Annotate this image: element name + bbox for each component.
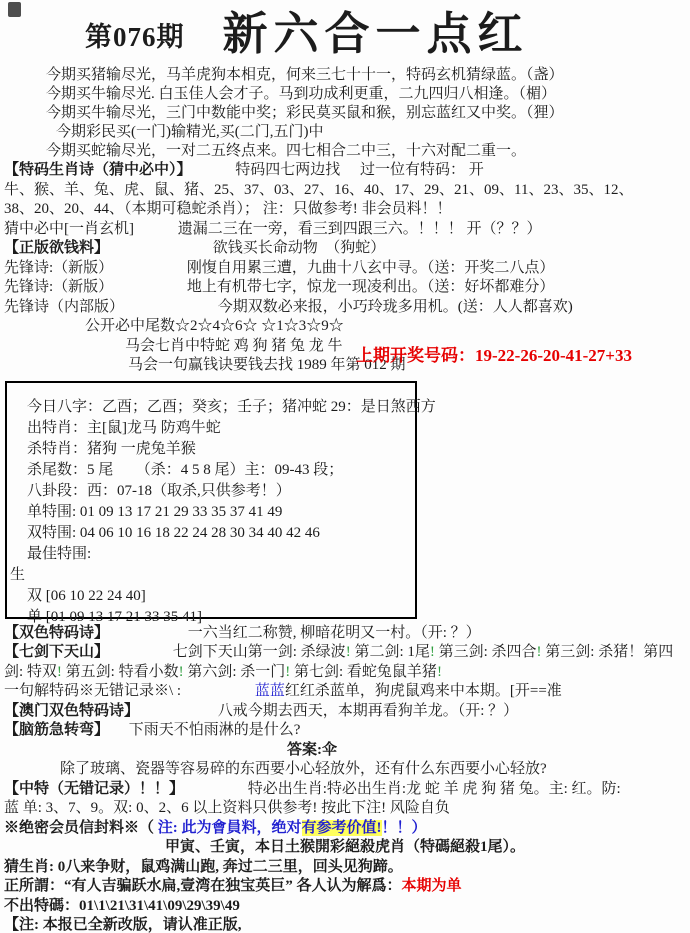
zhongte-text: 特必出生肖:特必出生肖:龙 蛇 羊 虎 狗 猪 兔。主: 红。防: xyxy=(248,781,621,797)
poem-line-4: 今期彩民买(一门)输精光,买(二门,五门)中 xyxy=(0,123,690,142)
buchutema-line: 不出特碼：01\1\21\31\41\09\29\39\49 xyxy=(0,897,690,917)
prediction-box: 今日八字：乙酉；乙酉；癸亥；壬子；猪冲蛇 29：是日煞西方 出特肖：主[鼠]龙马… xyxy=(5,381,417,619)
jiayin-line: 甲寅、壬寅，本日土猴開彩絕殺虎肖（特碼絕殺1尾）。 xyxy=(0,838,690,858)
zhengsuowei-line: 正所謂：“有人吉骗跃水扁,壹湾在独宝英巨” 各人认为解爲：本期为单 xyxy=(0,877,690,897)
box-sheng: 生 xyxy=(10,565,415,586)
zhongte-line: 【中特（无错记录）！！】 特必出生肖:特必出生肖:龙 蛇 羊 虎 狗 猪 兔。主… xyxy=(0,780,690,800)
shengxiao-shi-label: 【特码生肖诗（猜中必中）】 xyxy=(4,162,192,178)
yuqian-line: 【正版欲钱料】 欲钱买长命动物 （狗蛇） xyxy=(0,239,690,259)
zhongte-line-2: 蓝 单: 3、7、9。双: 0、2、6 以上资料只供参考! 按此下注! 风险自负 xyxy=(0,799,690,819)
xianfeng-3-label: 先锋诗（内部版） xyxy=(4,299,124,315)
box-chutexiao: 出特肖：主[鼠]龙马 防鸡牛蛇 xyxy=(27,418,415,439)
last-draw-label: 上期开奖号码： xyxy=(356,346,475,365)
qijian-line: 【七剑下天山】 七剑下天山第一剑: 杀绿波! 第二剑: 1尾! 第三剑: 杀四合… xyxy=(0,643,690,682)
header: 第076期 新六合一点红 xyxy=(0,6,690,62)
poem-line-1: 今期买猪输尽光，马羊虎狗本相克，何来三七十十一，特码玄机猜绿蓝。（盏） xyxy=(0,66,690,85)
shuangse-label: 【双色特码诗】 xyxy=(4,625,109,641)
aomen-text: 八戒今期去西天，本期再看狗羊龙。（开: ？） xyxy=(218,703,518,719)
last-draw-numbers: 19-22-26-20-41-27+33 xyxy=(475,346,632,365)
aomen-label: 【澳门双色特码诗】 xyxy=(4,703,139,719)
shuangse-text: 一六当红二称赞, 柳暗花明又一村。（开: ？） xyxy=(188,625,481,641)
numbers-line-1: 牛、猴、羊、兔、虎、鼠、猪、25、37、03、27、16、40、17、29、21… xyxy=(0,181,690,201)
xianfeng-2-label: 先锋诗:（新版） xyxy=(4,279,113,295)
poem-block: 今期买猪输尽光，马羊虎狗本相克，何来三七十十一，特码玄机猜绿蓝。（盏） 今期买牛… xyxy=(0,66,690,161)
xianfeng-1-label: 先锋诗:（新版） xyxy=(4,260,113,276)
box-bazi: 今日八字：乙酉；乙酉；癸亥；壬子；猪冲蛇 29：是日煞西方 xyxy=(27,397,415,418)
xianfeng-1-text: 刚愎自用累三遭，九曲十八玄中寻。（送：开奖二八点） xyxy=(187,260,555,276)
poem-line-2: 今期买牛输尽光. 白玉佳人会才子。马到功成利更重，二九四归八相逢。（楣） xyxy=(0,85,690,104)
yuqian-text: 欲钱买长命动物 （狗蛇） xyxy=(213,240,386,256)
weishu-line: 公开必中尾数☆2☆4☆6☆ ☆1☆3☆9☆ xyxy=(0,317,690,337)
riddle-answer: 答案:伞 xyxy=(0,741,690,761)
box-shuangtewei: 双特围: 04 06 10 16 18 22 24 28 30 34 40 42… xyxy=(27,523,415,544)
shuangse-line: 【双色特码诗】 一六当红二称赞, 柳暗花明又一村。（开: ？） xyxy=(0,624,690,644)
yixiao-text: 遗漏二三在一旁，看三到四跟三六。！！！ 开（？？） xyxy=(178,221,542,237)
caishengxiao-line: 猜生肖: 0八来争财，鼠鸡满山跑, 奔过二三里，回头见狗蹄。 xyxy=(0,858,690,878)
jiete-text: 蓝蓝红红杀蓝单，狗虎鼠鸡来中本期。[开==准 xyxy=(255,683,562,699)
jiete-label: 一句解特码※无错记录※\ : xyxy=(4,683,181,699)
yixiao-line: 猜中必中[一肖玄机] 遗漏二三在一旁，看三到四跟三六。！！！ 开（？？） xyxy=(0,220,690,240)
xianfeng-line-2: 先锋诗:（新版） 地上有机带七字，惊龙一现凌利出。（送：好坏都难分） xyxy=(0,278,690,298)
issue-number: 第076期 xyxy=(85,15,185,54)
box-baguaduan: 八卦段：西：07-18（取杀,只供参考！） xyxy=(27,481,415,502)
numbers-line-2: 38、20、20、44、（本期可稳蛇杀肖）； 注：只做参考! 非会员料！！ xyxy=(0,200,690,220)
aomen-line: 【澳门双色特码诗】 八戒今期去西天，本期再看狗羊龙。（开: ？） xyxy=(0,702,690,722)
yixiao-label: 猜中必中[一肖玄机] xyxy=(4,221,134,237)
box-zuijia: 最佳特围: xyxy=(27,544,415,565)
poem-line-3: 今期买牛输尽光，三门中数能中奖；彩民莫买鼠和猴，别忘蓝红又中奖。（狸） xyxy=(0,104,690,123)
poem-line-5: 今期买蛇输尽光，一对二五终点来。四七相合二中三，十六对配二重一。 xyxy=(0,142,690,161)
huiyuan-line: ※绝密会员信封料※（ 注: 此为會員料，绝对有参考价值!！！） xyxy=(0,819,690,839)
xianfeng-line-3: 先锋诗（内部版） 今期双数必来报，小巧玲珑多用机。(送：人人都喜欢) xyxy=(0,298,690,318)
shengxiao-shi-tail: 过一位有特码： 开 xyxy=(360,162,484,178)
box-shuang: 双 [06 10 22 24 40] xyxy=(27,586,415,607)
qijian-label: 【七剑下天山】 xyxy=(4,644,109,660)
xianfeng-line-1: 先锋诗:（新版） 刚愎自用累三遭，九曲十八玄中寻。（送：开奖二八点） xyxy=(0,259,690,279)
xianfeng-2-text: 地上有机带七字，惊龙一现凌利出。（送：好坏都难分） xyxy=(187,279,555,295)
zhu-line: 【注: 本报已全新改版，请认准正版, xyxy=(0,916,690,933)
riddle-question-2: 除了玻璃、瓷器等容易碎的东西要小心轻放外，还有什么东西要小心轻放? xyxy=(0,760,690,780)
xianfeng-3-text: 今期双数必来报，小巧玲珑多用机。(送：人人都喜欢) xyxy=(218,299,573,315)
box-dantewei: 单特围: 01 09 13 17 21 29 33 35 37 41 49 xyxy=(27,502,415,523)
page-title: 新六合一点红 xyxy=(223,9,529,59)
shengxiao-shi-line: 【特码生肖诗（猜中必中）】 特码四七两边找 过一位有特码： 开 xyxy=(0,161,690,181)
box-shaweishu: 杀尾数：5 尾 （杀：4 5 8 尾）主：09-43 段； xyxy=(27,460,415,481)
jiete-line: 一句解特码※无错记录※\ : 蓝蓝红红杀蓝单，狗虎鼠鸡来中本期。[开==准 xyxy=(0,682,690,702)
zhongte-label: 【中特（无错记录）！！】 xyxy=(4,781,184,797)
page: 第076期 新六合一点红 今期买猪输尽光，马羊虎狗本相克，何来三七十十一，特码玄… xyxy=(0,0,690,933)
naojin-line: 【脑筋急转弯】 下雨天不怕雨淋的是什么? xyxy=(0,721,690,741)
scan-ink-blob xyxy=(8,2,21,17)
naojin-label: 【脑筋急转弯】 xyxy=(4,722,109,738)
yuqian-label: 【正版欲钱料】 xyxy=(4,240,109,256)
box-shatexiao: 杀特肖：猪狗 一虎兔羊猴 xyxy=(27,439,415,460)
last-draw-result: 上期开奖号码：19-22-26-20-41-27+33 xyxy=(356,341,688,366)
naojin-text: 下雨天不怕雨淋的是什么? xyxy=(129,722,301,738)
shengxiao-shi-mid: 特码四七两边找 xyxy=(235,162,340,178)
